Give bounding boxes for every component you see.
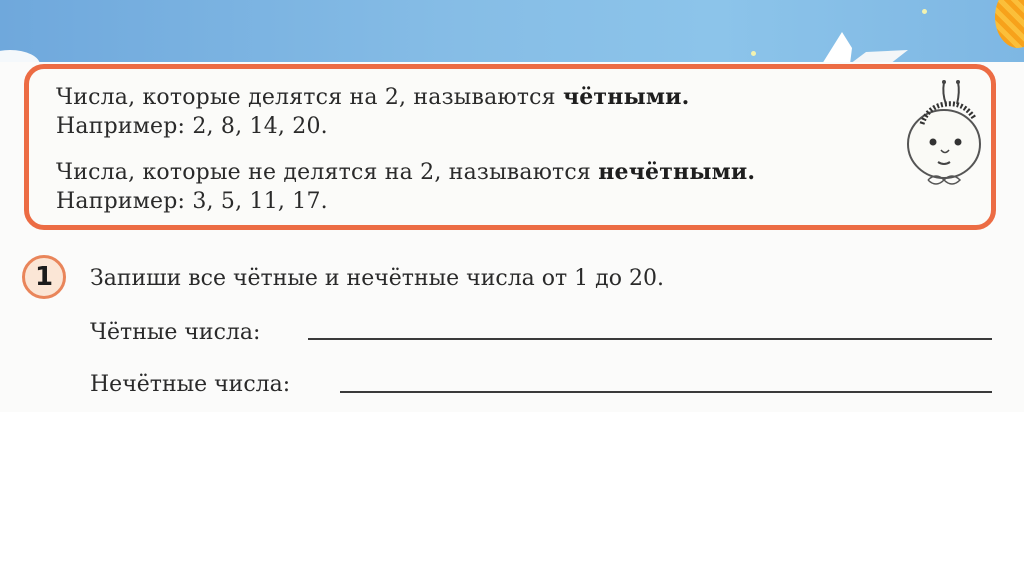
exercise-instruction: Запиши все чётные и нечётные числа от 1 … xyxy=(90,266,664,292)
exercise-number-badge: 1 xyxy=(22,255,66,299)
even-example: Например: 2, 8, 14, 20. xyxy=(56,114,328,140)
sky-banner xyxy=(0,0,1024,62)
odd-definition-text: Числа, которые не делятся на 2, называют… xyxy=(56,160,598,185)
balloon-decoration xyxy=(995,0,1024,48)
odd-numbers-answer-line[interactable] xyxy=(340,391,992,393)
odd-term: нечётными. xyxy=(598,159,755,185)
star-icon xyxy=(922,9,927,14)
odd-definition: Числа, которые не делятся на 2, называют… xyxy=(56,159,755,186)
even-definition-text: Числа, которые делятся на 2, называются xyxy=(56,85,563,110)
mascot-face-icon xyxy=(900,76,990,196)
even-definition: Числа, которые делятся на 2, называются … xyxy=(56,84,690,111)
even-numbers-answer-line[interactable] xyxy=(308,338,992,340)
star-icon xyxy=(751,51,756,56)
even-term: чётными. xyxy=(563,84,690,110)
even-numbers-label: Чётные числа: xyxy=(90,320,260,346)
odd-numbers-label: Нечётные числа: xyxy=(90,372,290,398)
odd-example: Например: 3, 5, 11, 17. xyxy=(56,189,328,215)
paper-plane-icon xyxy=(820,30,910,64)
